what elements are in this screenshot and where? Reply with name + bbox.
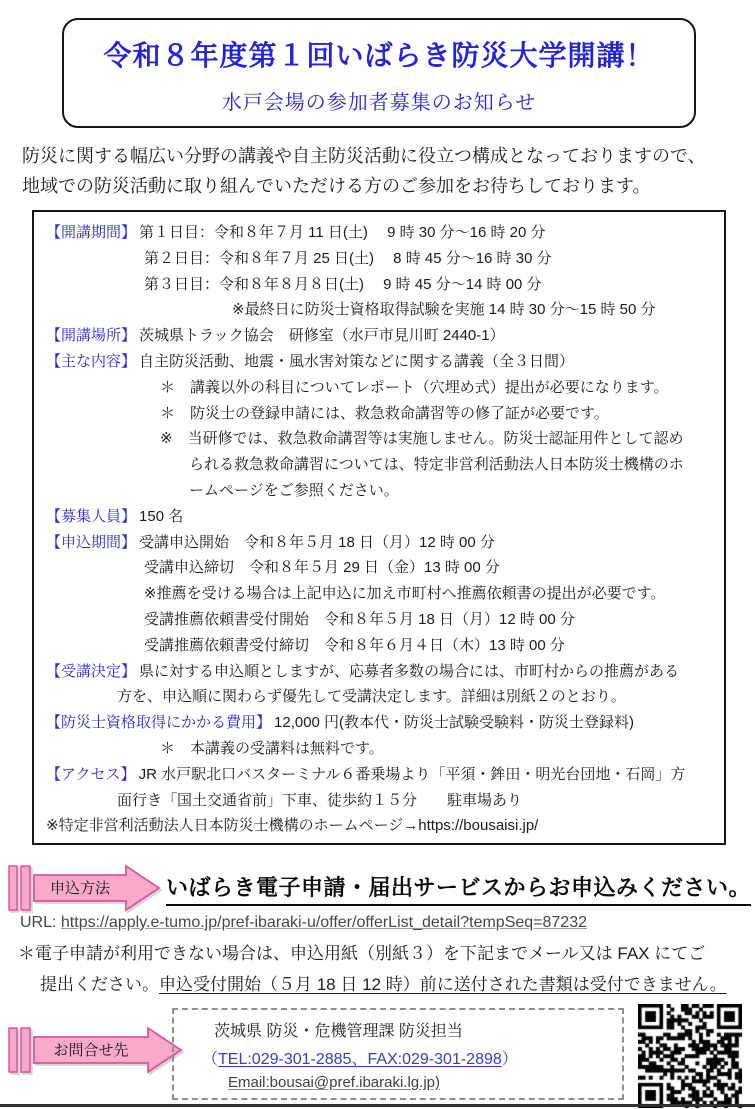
detail-text: 県に対する申込順としますが、応募者多数の場合には、市町村からの推薦がある bbox=[139, 663, 679, 680]
detail-line: 受講申込締切 令和８年５月 29 日（金）13 時 00 分 bbox=[46, 555, 714, 581]
detail-line: 方を、申込順に関わらず優先して受講決定します。詳細は別紙２のとおり。 bbox=[46, 684, 714, 710]
contact-phone-line: （TEL:029-301-2885、FAX:029-301-2898） bbox=[202, 1046, 622, 1069]
fax-note-line2: 提出ください。申込受付開始（５月 18 日 12 時）前に送付された書類は受付で… bbox=[40, 970, 727, 995]
detail-text: 12,000 円(教本代・防災士試験受験料・防災士登録料) bbox=[274, 714, 634, 731]
detail-text: 第２日目：令和８年７月 25 日(土) 8 時 45 分～16 時 30 分 bbox=[144, 250, 552, 267]
bousaisi-link[interactable]: https://bousaisi.jp/ bbox=[418, 817, 538, 834]
detail-line: 【開講場所】茨城県トラック協会 研修室（水戸市見川町 2440-1） bbox=[46, 323, 714, 349]
detail-line: ※特定非営利活動法人日本防災士機構のホームページ→https://bousais… bbox=[46, 813, 714, 839]
detail-label: 【募集人員】 bbox=[46, 508, 136, 525]
title-box: 令和８年度第１回いばらき防災大学開講！ 水戸会場の参加者募集のお知らせ bbox=[62, 18, 696, 128]
detail-text: ※最終日に防災士資格取得試験を実施 14 時 30 分～15 時 50 分 bbox=[232, 301, 655, 318]
fax-note-underlined: 申込受付開始（５月 18 日 12 時）前に送付された書類は受付できません。 bbox=[159, 975, 727, 994]
detail-line: 【アクセス】JR 水戸駅北口バスターミナル６番乗場より「平須・鉾田・明光台団地・… bbox=[46, 762, 714, 788]
detail-text: 受講推薦依頼書受付締切 令和８年６月４日（木）13 時 00 分 bbox=[144, 637, 565, 654]
detail-text: 150 名 bbox=[139, 508, 183, 525]
apply-headline: いばらき電子申請・届出サービスからお申込みください。 bbox=[166, 871, 751, 906]
paren-close: ） bbox=[502, 1051, 518, 1068]
detail-text: JR 水戸駅北口バスターミナル６番乗場より「平須・鉾田・明光台団地・石岡」方 bbox=[139, 766, 686, 783]
bar-icon bbox=[21, 866, 30, 910]
detail-text: 方を、申込順に関わらず優先して受講決定します。詳細は別紙２のとおり。 bbox=[117, 688, 626, 705]
paren-open: （ bbox=[202, 1051, 218, 1068]
detail-text: 第３日目：令和８年８月８日(土) 9 時 45 分～14 時 00 分 bbox=[144, 276, 542, 293]
apply-method-row: 申込方法 いばらき電子申請・届出サービスからお申込みください。 bbox=[8, 864, 751, 912]
contact-email-link[interactable]: Email:bousai@pref.ibaraki.lg.jp) bbox=[228, 1074, 622, 1091]
detail-text: ＊ 講義以外の科目についてレポート（穴埋め式）提出が必要になります。 bbox=[160, 379, 669, 396]
detail-line: 【申込期間】受講申込開始 令和８年５月 18 日（月）12 時 00 分 bbox=[46, 530, 714, 556]
detail-line: ＊ 防災士の登録申請には、救急救命講習等の修了証が必要です。 bbox=[46, 401, 714, 427]
detail-label: 【開講場所】 bbox=[46, 327, 136, 344]
detail-text: 受講申込開始 令和８年５月 18 日（月）12 時 00 分 bbox=[139, 534, 495, 551]
detail-line: 第２日目：令和８年７月 25 日(土) 8 時 45 分～16 時 30 分 bbox=[46, 246, 714, 272]
detail-label: 【申込期間】 bbox=[46, 534, 136, 551]
bar-icon bbox=[21, 1028, 30, 1072]
bar-icon bbox=[9, 1028, 17, 1072]
detail-label: 【受講決定】 bbox=[46, 663, 136, 680]
page-title: 令和８年度第１回いばらき防災大学開講！ bbox=[64, 34, 694, 74]
detail-label: 【主な内容】 bbox=[46, 353, 136, 370]
detail-line: ※ 当研修では、救急救命講習等は実施しません。防災士認証用件として認め bbox=[46, 426, 714, 452]
url-label: URL: bbox=[20, 914, 61, 931]
detail-label: 【防災士資格取得にかかる費用】 bbox=[46, 714, 271, 731]
contact-box: 茨城県 防災・危機管理課 防災担当 （TEL:029-301-2885、FAX:… bbox=[172, 1008, 624, 1100]
page-subtitle: 水戸会場の参加者募集のお知らせ bbox=[64, 86, 694, 115]
fax-note-plain: 提出ください。 bbox=[40, 975, 159, 994]
detail-line: 【主な内容】自主防災活動、地震・風水害対策などに関する講義（全３日間） bbox=[46, 349, 714, 375]
detail-text: 第１日目：令和８年７月 11 日(土) 9 時 30 分～16 時 20 分 bbox=[139, 224, 545, 241]
detail-line: ＊ 講義以外の科目についてレポート（穴埋め式）提出が必要になります。 bbox=[46, 375, 714, 401]
detail-text: 自主防災活動、地震・風水害対策などに関する講義（全３日間） bbox=[139, 353, 574, 370]
detail-text: ＊ 防災士の登録申請には、救急救命講習等の修了証が必要です。 bbox=[160, 405, 609, 422]
detail-line: 第３日目：令和８年８月８日(土) 9 時 45 分～14 時 00 分 bbox=[46, 272, 714, 298]
apply-url-link[interactable]: https://apply.e-tumo.jp/pref-ibaraki-u/o… bbox=[61, 914, 587, 931]
apply-arrow-icon: 申込方法 bbox=[8, 864, 162, 912]
detail-text: 茨城県トラック協会 研修室（水戸市見川町 2440-1） bbox=[139, 327, 505, 344]
detail-line: 【受講決定】県に対する申込順としますが、応募者多数の場合には、市町村からの推薦が… bbox=[46, 659, 714, 685]
contact-phone-link[interactable]: TEL:029-301-2885、FAX:029-301-2898 bbox=[218, 1051, 502, 1068]
bottom-rule bbox=[0, 1104, 755, 1107]
contact-tag-label: お問合せ先 bbox=[53, 1042, 128, 1059]
intro-text: 防災に関する幅広い分野の講義や自主防災活動に役立つ構成となっておりますので、 地… bbox=[22, 141, 744, 201]
contact-org: 茨城県 防災・危機管理課 防災担当 bbox=[214, 1018, 622, 1041]
detail-line: 【防災士資格取得にかかる費用】12,000 円(教本代・防災士試験受験料・防災士… bbox=[46, 710, 714, 736]
detail-text: ＊ 本講義の受講料は無料です。 bbox=[160, 740, 384, 757]
detail-line: 【開講期間】第１日目：令和８年７月 11 日(土) 9 時 30 分～16 時 … bbox=[46, 220, 714, 246]
detail-text: ※特定非営利活動法人日本防災士機構のホームページ→ bbox=[46, 817, 418, 834]
detail-text: られる救急救命講習については、特定非営利活動法人日本防災士機構のホ bbox=[189, 456, 684, 473]
detail-line: 受講推薦依頼書受付締切 令和８年６月４日（木）13 時 00 分 bbox=[46, 633, 714, 659]
fax-note-line1: ＊電子申請が利用できない場合は、申込用紙（別紙３）を下記までメール又は FAX … bbox=[18, 939, 705, 964]
url-line: URL: https://apply.e-tumo.jp/pref-ibarak… bbox=[20, 914, 587, 932]
qr-code bbox=[638, 1004, 742, 1108]
detail-line: ※最終日に防災士資格取得試験を実施 14 時 30 分～15 時 50 分 bbox=[46, 297, 714, 323]
bar-icon bbox=[9, 866, 17, 910]
detail-label: 【開講期間】 bbox=[46, 224, 136, 241]
apply-tag-label: 申込方法 bbox=[50, 880, 111, 897]
detail-text: 受講推薦依頼書受付開始 令和８年５月 18 日（月）12 時 00 分 bbox=[144, 611, 575, 628]
detail-line: ームページをご参照ください。 bbox=[46, 478, 714, 504]
contact-tag-row: お問合せ先 bbox=[8, 1026, 184, 1079]
detail-text: ームページをご参照ください。 bbox=[189, 482, 399, 499]
intro-line-2: 地域での防災活動に取り組んでいただける方のご参加をお待ちしております。 bbox=[22, 171, 744, 201]
flyer-page: 令和８年度第１回いばらき防災大学開講！ 水戸会場の参加者募集のお知らせ 防災に関… bbox=[0, 0, 755, 1109]
detail-line: られる救急救命講習については、特定非営利活動法人日本防災士機構のホ bbox=[46, 452, 714, 478]
detail-line: 【募集人員】150 名 bbox=[46, 504, 714, 530]
detail-text: ※推薦を受ける場合は上記申込に加え市町村へ推薦依頼書の提出が必要です。 bbox=[144, 585, 665, 602]
detail-label: 【アクセス】 bbox=[46, 766, 136, 783]
detail-text: ※ 当研修では、救急救命講習等は実施しません。防災士認証用件として認め bbox=[160, 430, 683, 447]
details-box: 【開講期間】第１日目：令和８年７月 11 日(土) 9 時 30 分～16 時 … bbox=[32, 210, 726, 845]
contact-arrow-icon: お問合せ先 bbox=[8, 1026, 184, 1074]
detail-text: 受講申込締切 令和８年５月 29 日（金）13 時 00 分 bbox=[144, 559, 500, 576]
detail-line: 受講推薦依頼書受付開始 令和８年５月 18 日（月）12 時 00 分 bbox=[46, 607, 714, 633]
detail-text: 面行き「国土交通省前」下車、徒歩約１５分 駐車場あり bbox=[117, 792, 522, 809]
detail-line: ※推薦を受ける場合は上記申込に加え市町村へ推薦依頼書の提出が必要です。 bbox=[46, 581, 714, 607]
detail-line: 面行き「国土交通省前」下車、徒歩約１５分 駐車場あり bbox=[46, 788, 714, 814]
intro-line-1: 防災に関する幅広い分野の講義や自主防災活動に役立つ構成となっておりますので、 bbox=[22, 141, 744, 171]
detail-line: ＊ 本講義の受講料は無料です。 bbox=[46, 736, 714, 762]
